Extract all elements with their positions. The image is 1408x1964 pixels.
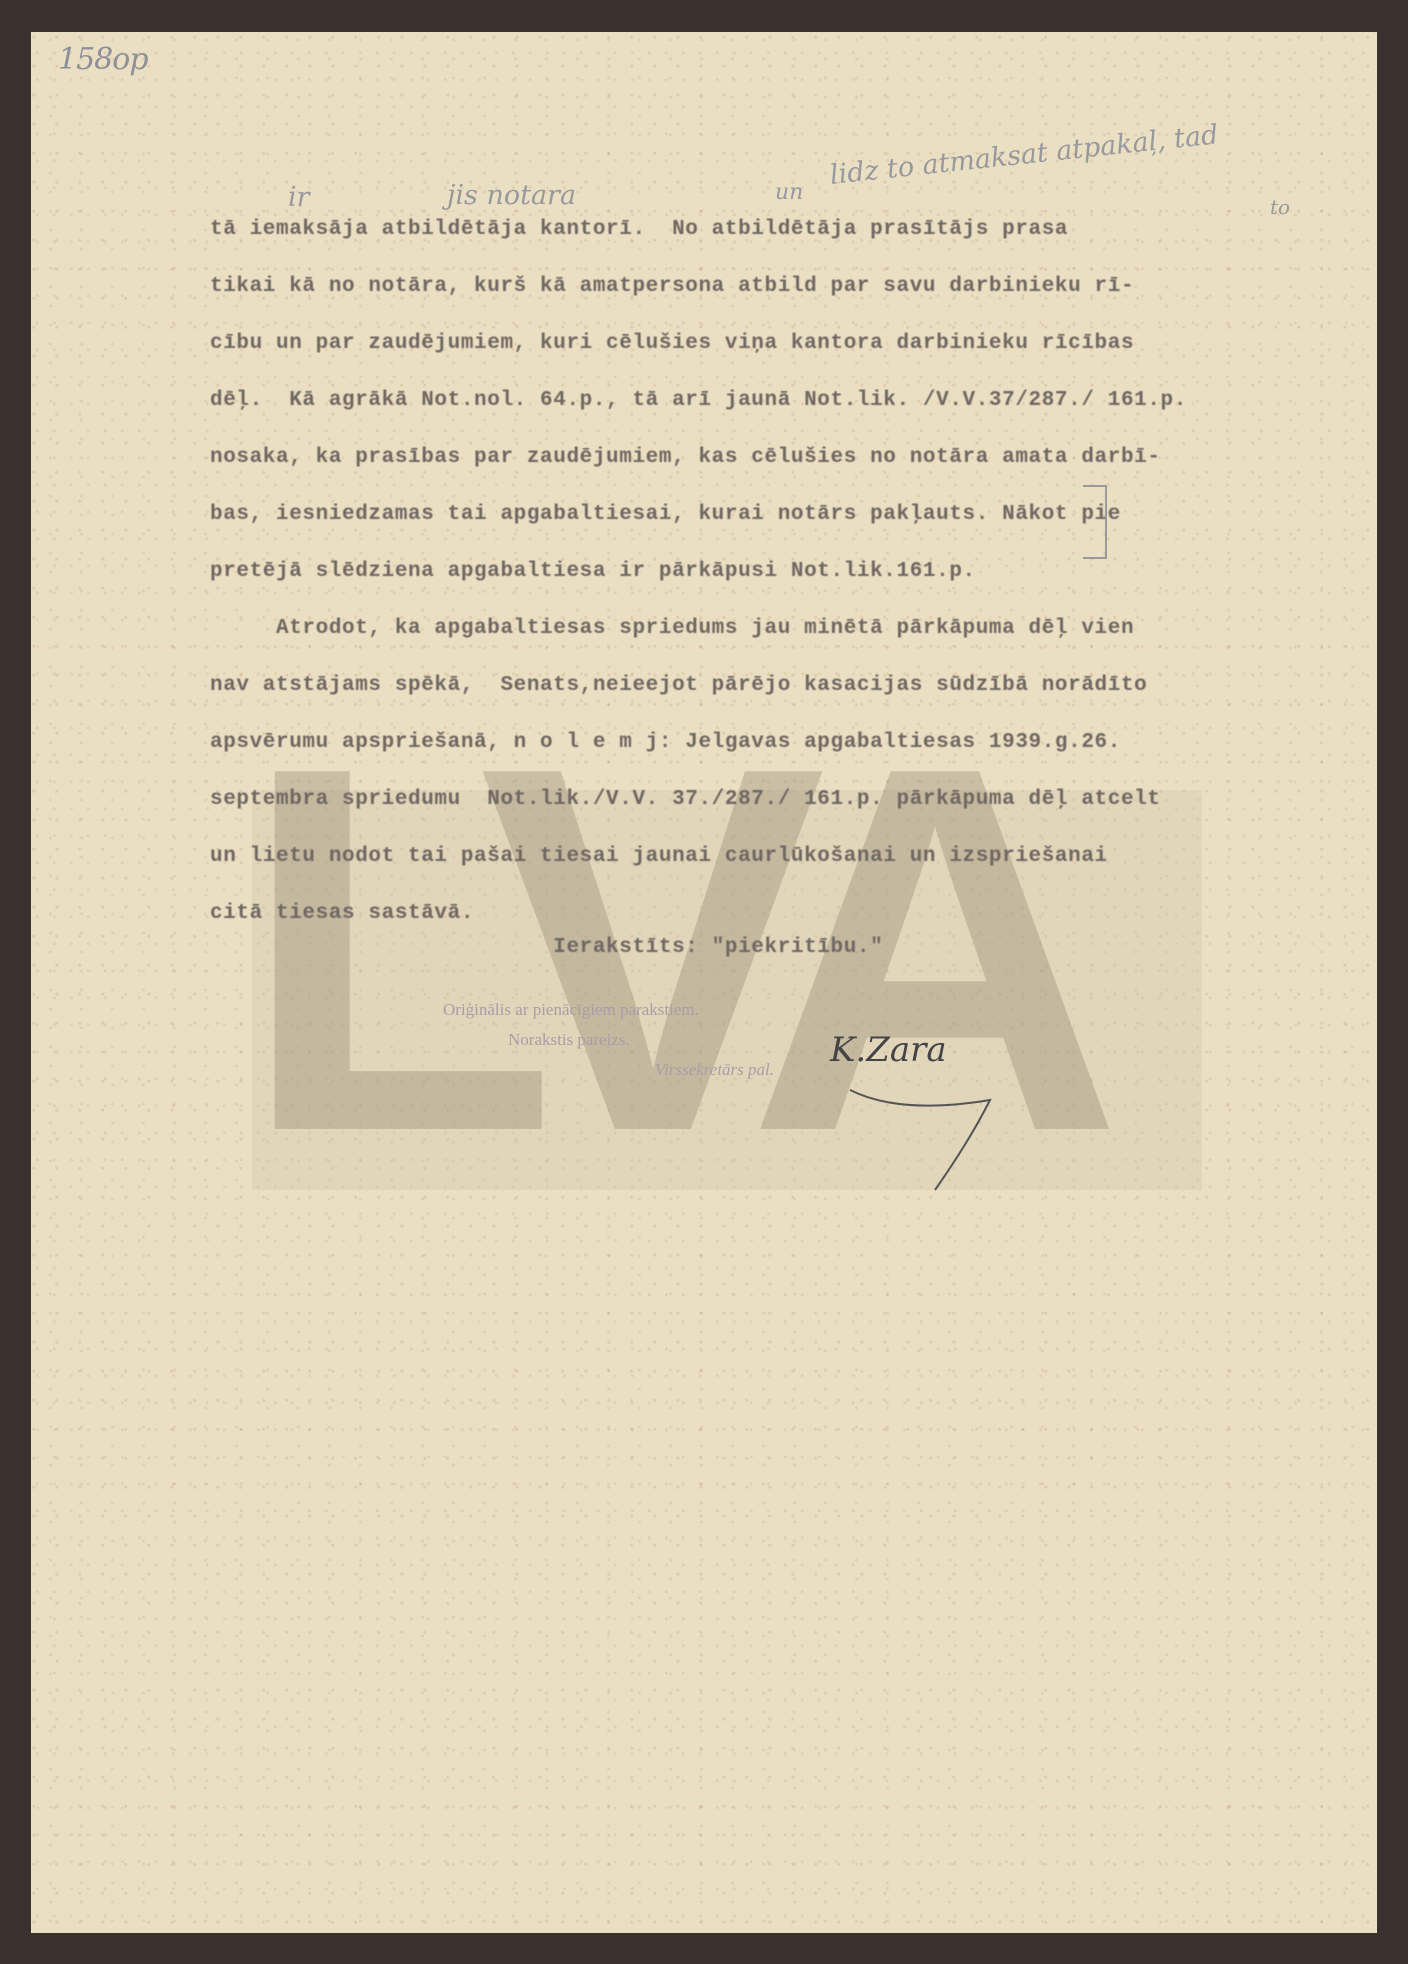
text-line: Atrodot, ka apgabaltiesas spriedums jau … (210, 617, 1134, 640)
pencil-annotation: ir (288, 182, 310, 213)
pencil-bracket-mark (1083, 485, 1107, 559)
text-line: un lietu nodot tai pašai tiesai jaunai c… (210, 845, 1108, 868)
stamp-line: Virssekretārs pal. (655, 1060, 774, 1080)
text-line: nav atstājams spēkā, Senats,neieejot pār… (210, 674, 1147, 697)
folio-number: 158op (58, 42, 148, 77)
pencil-annotation: un (775, 180, 803, 205)
text-line: nosaka, ka prasības par zaudējumiem, kas… (210, 446, 1161, 469)
stamp-line: Oriģinālis ar pienācīgiem parakstiem. (443, 1000, 699, 1020)
pencil-annotation: to (1270, 195, 1290, 219)
text-line: tā iemaksāja atbildētāja kantorī. No atb… (210, 218, 1068, 241)
stamp-line: Norakstis pareizs. (508, 1030, 630, 1050)
text-line: apsvērumu apspriešanā, n o l e m j: Jelg… (210, 731, 1121, 754)
text-line: dēļ. Kā agrākā Not.nol. 64.p., tā arī ja… (210, 389, 1187, 412)
text-line: pretējā slēdziena apgabaltiesa ir pārkāp… (210, 560, 976, 583)
signature-stroke (840, 1070, 1030, 1200)
pencil-annotation: jis notara (447, 180, 576, 211)
text-line: citā tiesas sastāvā. (210, 902, 474, 925)
text-line: tikai kā no notāra, kurš kā amatpersona … (210, 275, 1134, 298)
text-line: Ierakstīts: "piekritību." (210, 936, 883, 959)
text-line: bas, iesniedzamas tai apgabaltiesai, kur… (210, 503, 1121, 526)
text-line: septembra spriedumu Not.lik./V.V. 37./28… (210, 788, 1161, 811)
signature: K.Zara (830, 1030, 947, 1070)
text-line: cību un par zaudējumiem, kuri cēlušies v… (210, 332, 1134, 355)
